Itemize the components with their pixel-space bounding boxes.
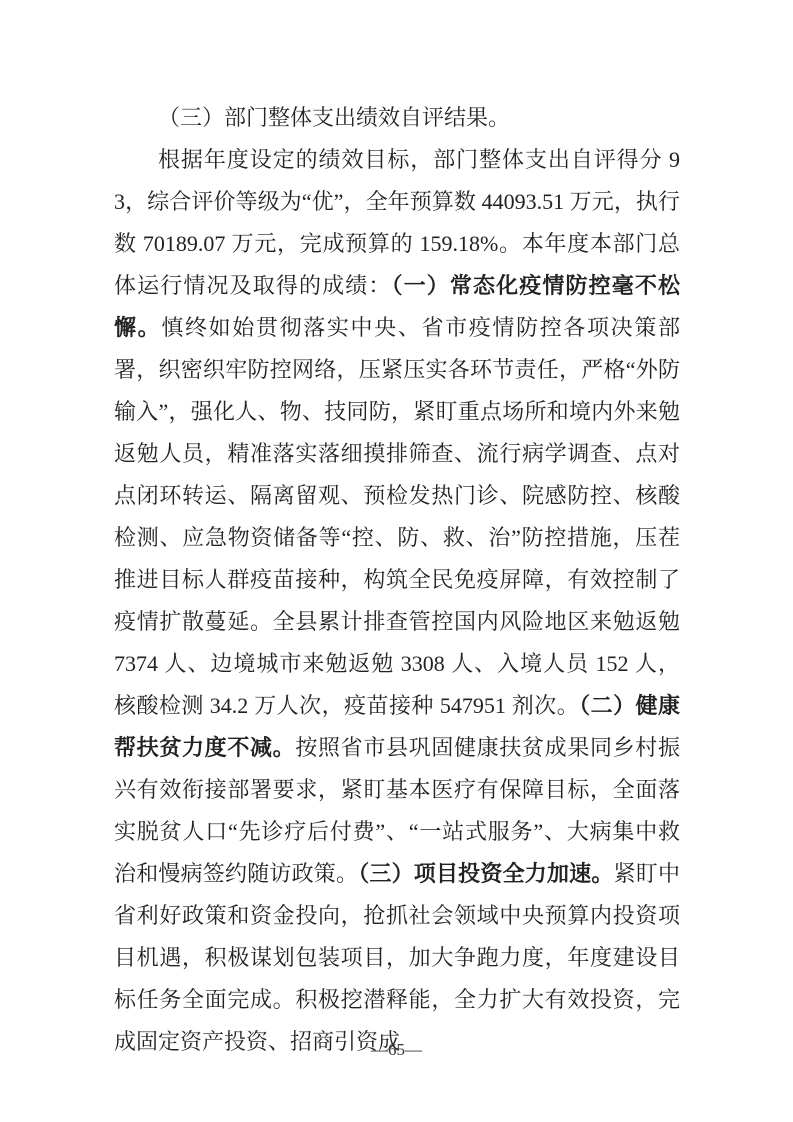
section-heading: （三）部门整体支出绩效自评结果。 xyxy=(114,97,680,139)
body-paragraph: 根据年度设定的绩效目标，部门整体支出自评得分 93，综合评价等级为“优”，全年预… xyxy=(114,139,680,1063)
page-number-text: —65— xyxy=(371,1040,422,1059)
bold-subheading-3: （三）项目投资全力加速。 xyxy=(358,861,613,886)
document-page: （三）部门整体支出绩效自评结果。 根据年度设定的绩效目标，部门整体支出自评得分 … xyxy=(0,0,793,1122)
body-text-run: 慎终如始贯彻落实中央、省市疫情防控各项决策部署，织密织牢防控网络，压紧压实各环节… xyxy=(114,315,680,718)
body-text-run: 紧盯中省利好政策和资金投向，抢抓社会领域中央预算内投资项目机遇，积极谋划包装项目… xyxy=(114,861,680,1054)
section-heading-text: （三）部门整体支出绩效自评结果。 xyxy=(158,105,510,130)
page-number: —65— xyxy=(0,1038,793,1062)
